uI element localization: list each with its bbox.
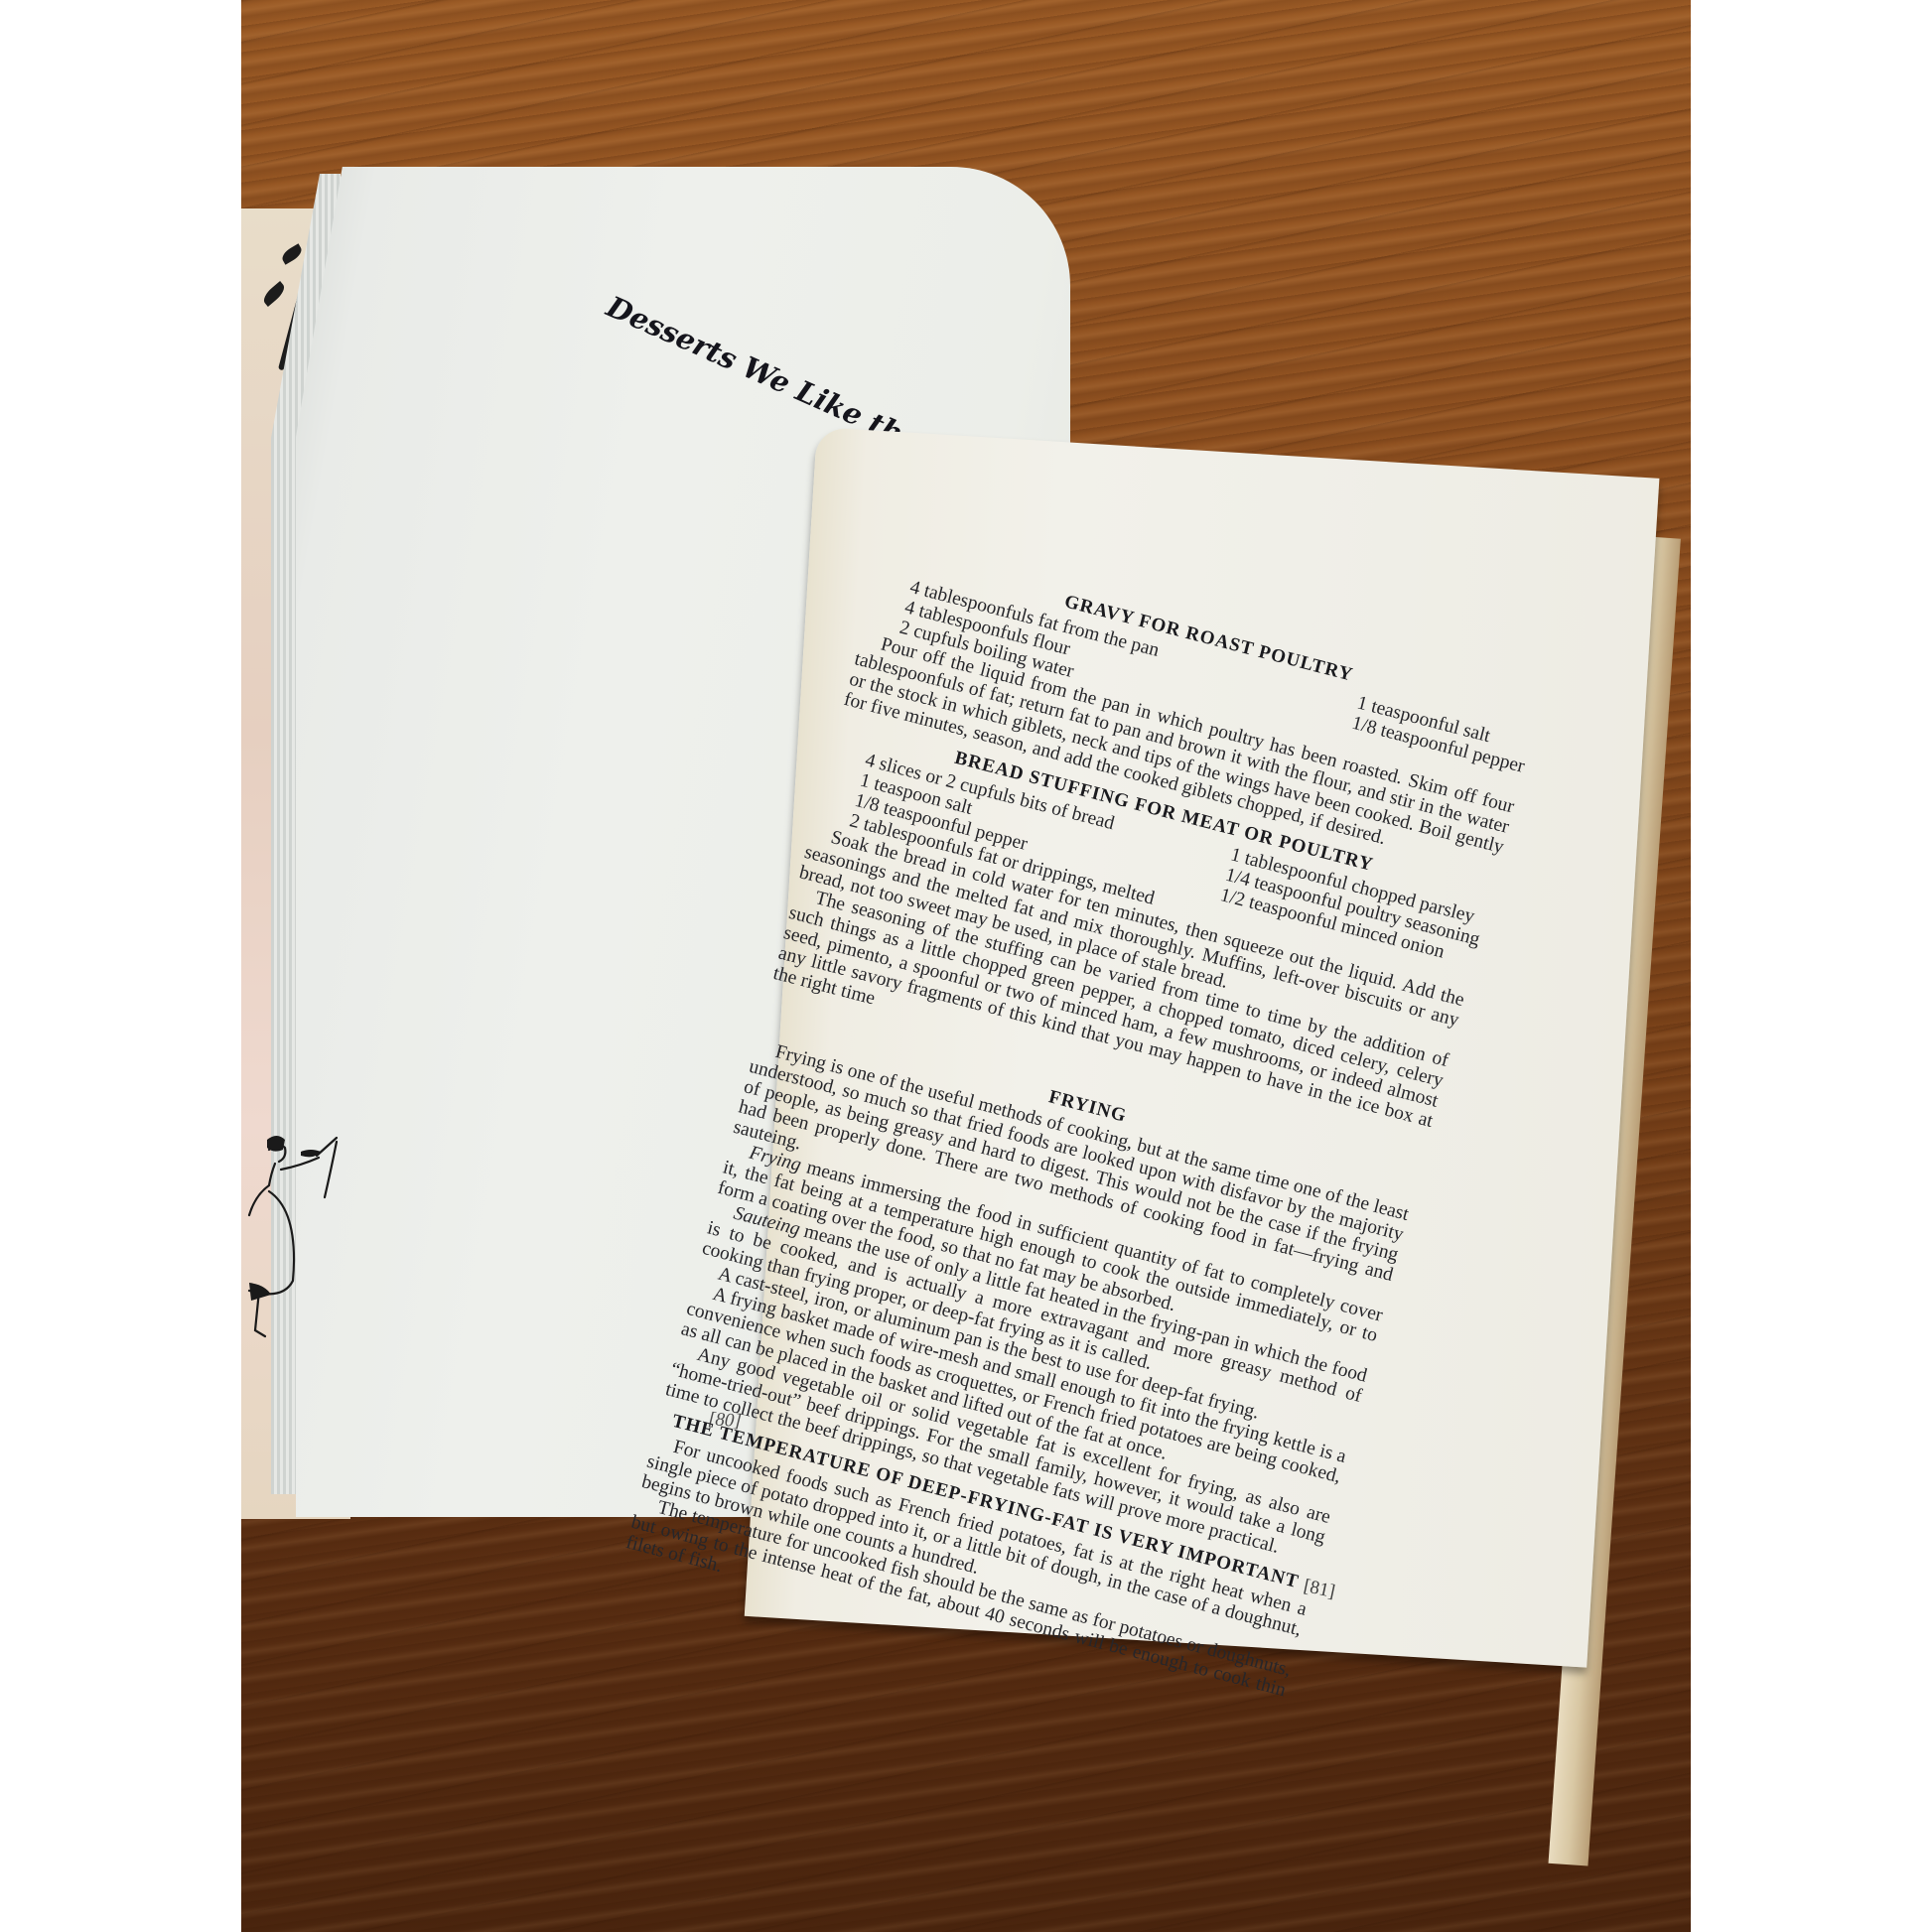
woman-in-apron-illustration-icon [241,1122,360,1360]
cover-leaf-icon [279,243,304,264]
cookbook-photo: Desserts We Like the Best [80] GRAVY FOR… [241,0,1691,1932]
cover-leaf-icon [260,281,288,307]
